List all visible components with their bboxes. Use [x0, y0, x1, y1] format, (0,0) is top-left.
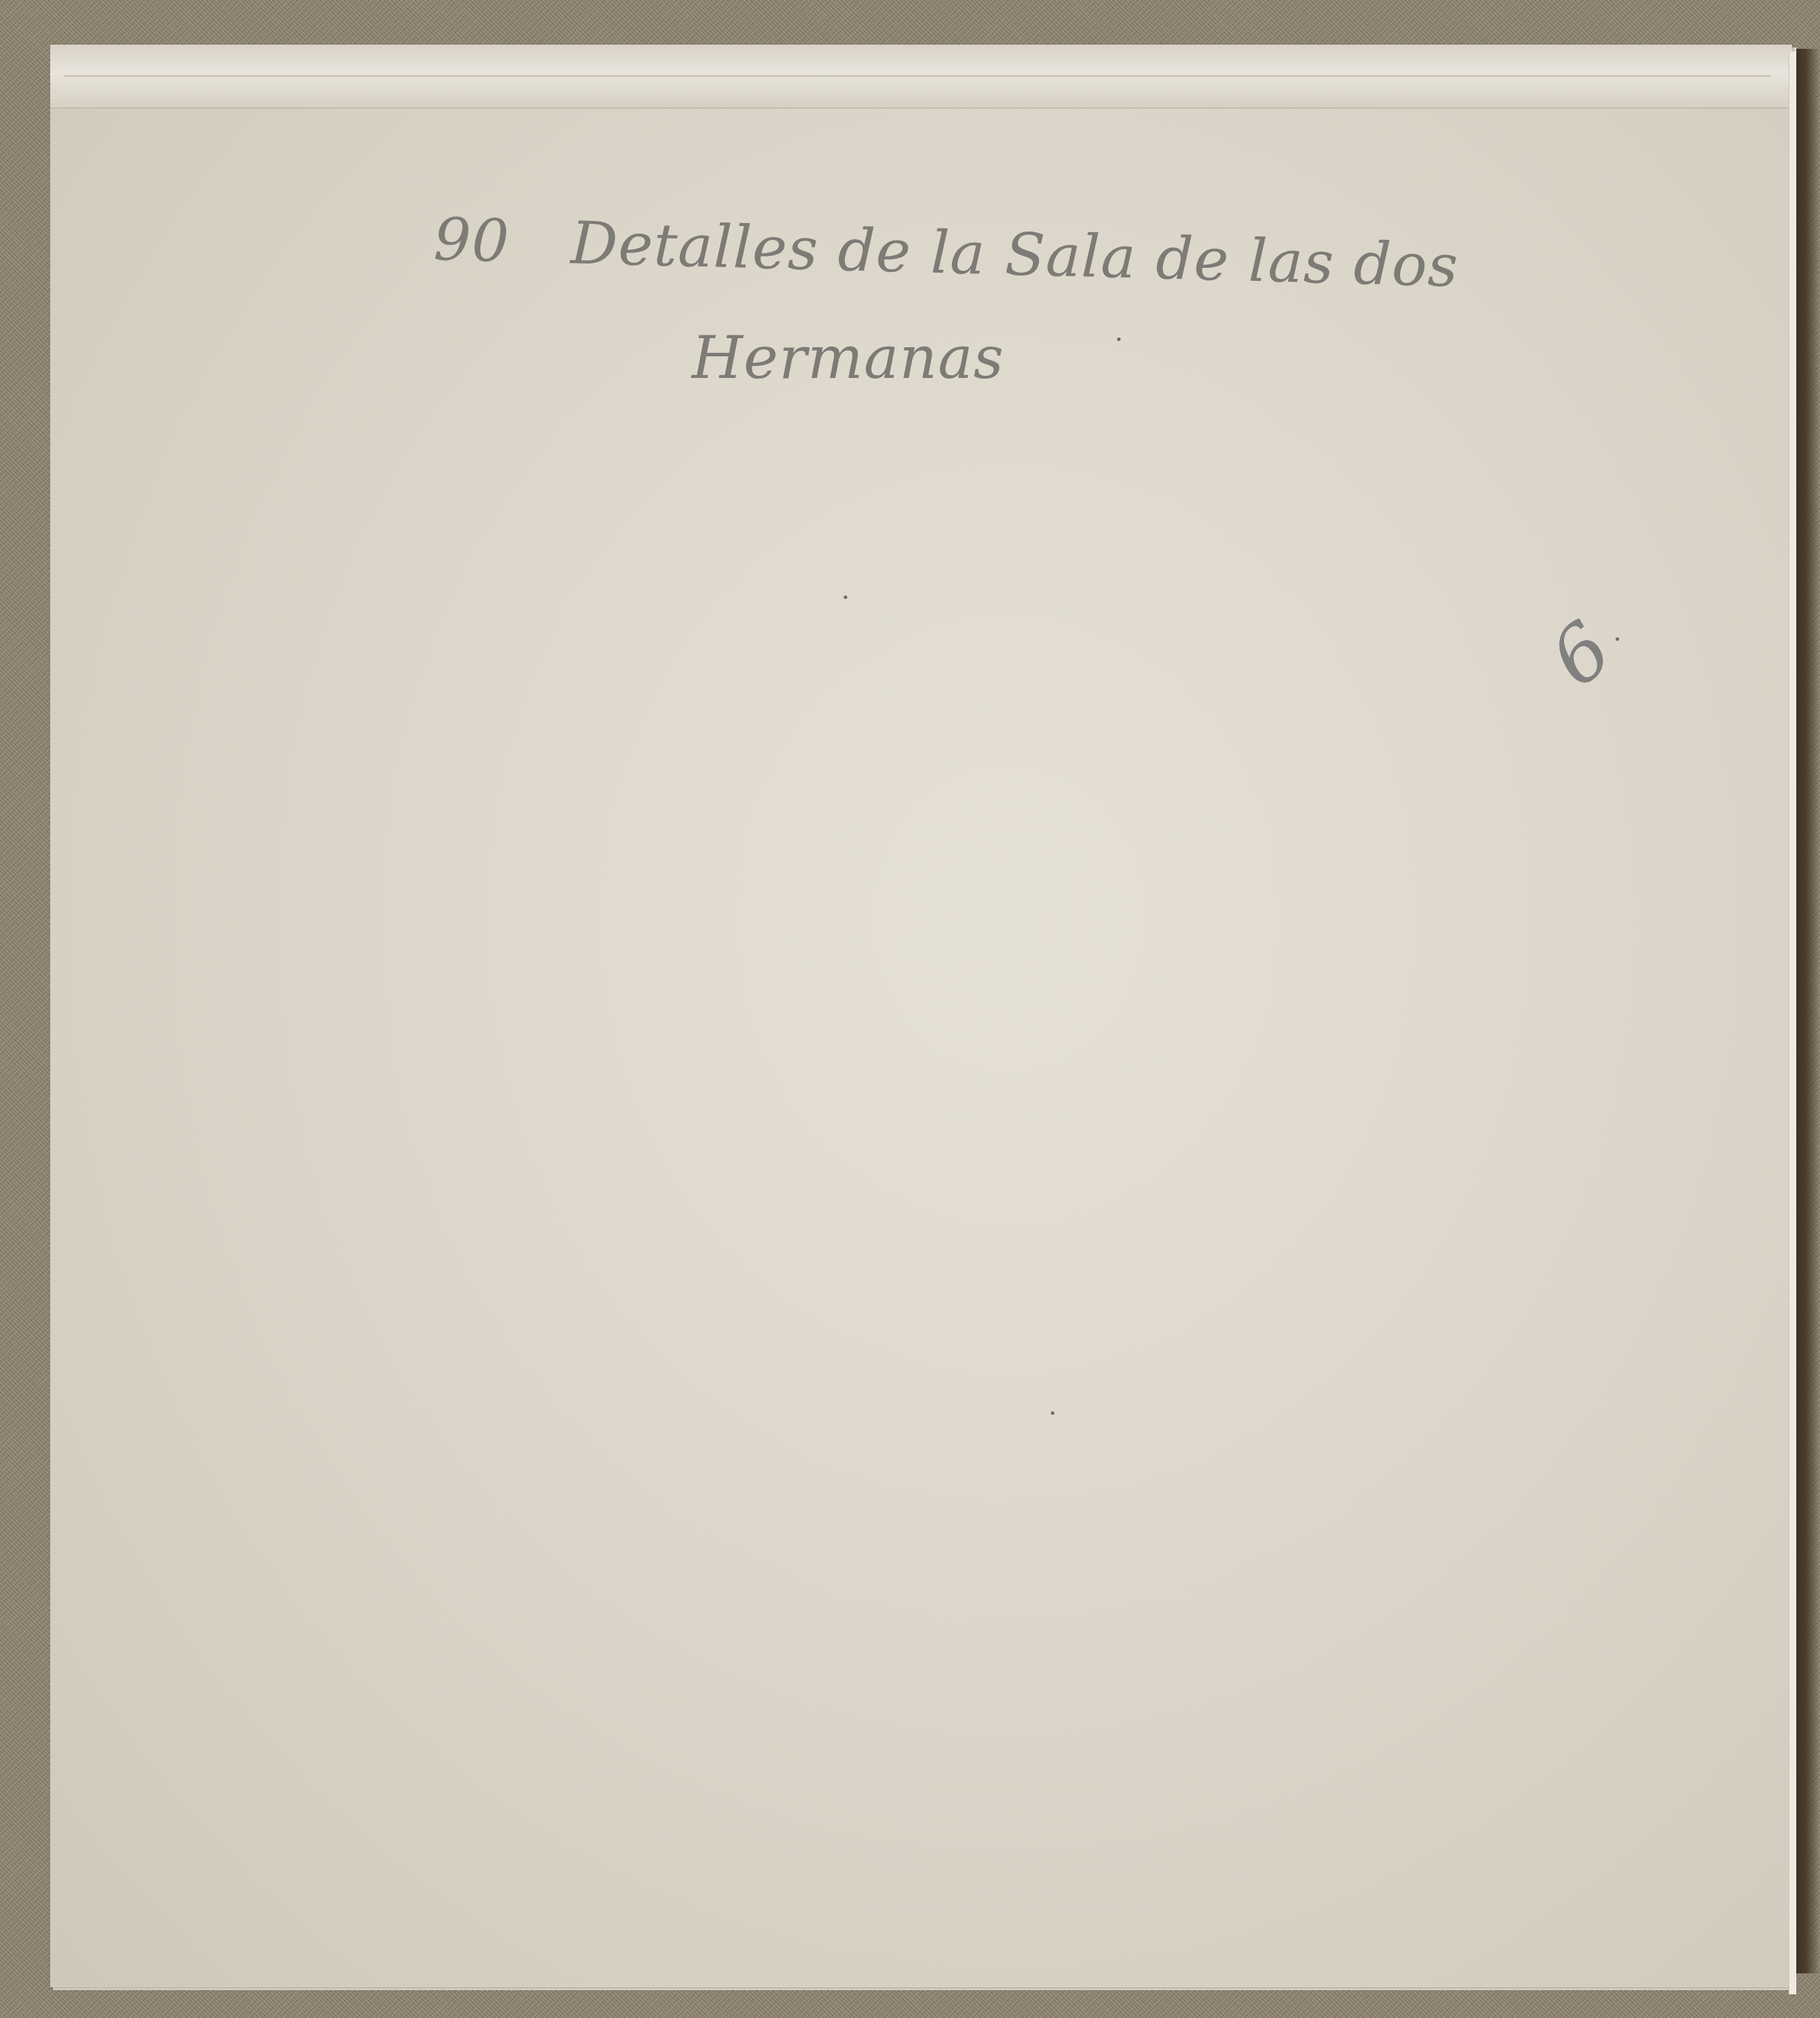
speck [1051, 1411, 1054, 1415]
inscription-line-2: Hermanas [692, 324, 1004, 392]
inscription-number: 90 [433, 205, 510, 275]
speck [844, 595, 847, 599]
paper-edge [1789, 52, 1796, 1994]
speck [1616, 637, 1619, 641]
top-flap [50, 45, 1792, 109]
flap-crease [64, 75, 1771, 77]
speck [1117, 337, 1121, 341]
inscription-title: Detalles de la Sala de las dos [570, 208, 1459, 300]
corner-pencil-mark: 6 [1533, 604, 1628, 704]
paper-sheet: 90 Detalles de la Sala de las dos Herman… [50, 45, 1792, 1987]
inscription-line-1: 90 Detalles de la Sala de las dos [433, 205, 1459, 300]
